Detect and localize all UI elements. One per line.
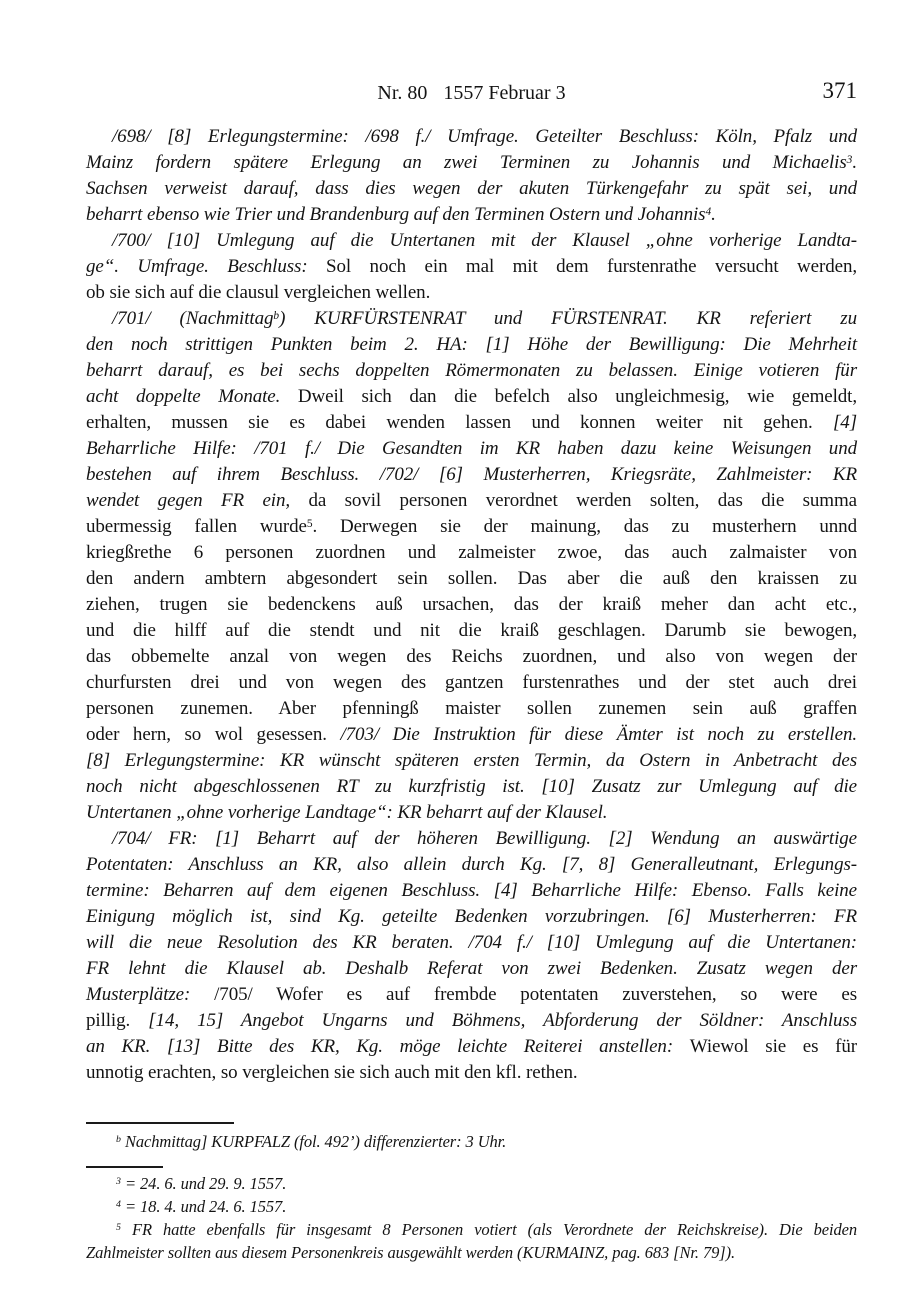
doc-number: Nr. 80 bbox=[377, 82, 427, 104]
main-text-block: /698/ [8] Erlegungstermine: /698 f./ Umf… bbox=[86, 124, 857, 1086]
body-text-line: den noch strittigen Punkten beim 2. HA: … bbox=[86, 332, 857, 358]
page-header: Nr. 801557 Februar 3 371 bbox=[86, 81, 857, 105]
footnote-separator-rule bbox=[86, 1166, 163, 1168]
footnotes-block: 3 = 24. 6. und 29. 9. 1557.4 = 18. 4. un… bbox=[86, 1172, 857, 1264]
text-segment: FR hatte ebenfalls für insgesamt 8 Perso… bbox=[121, 1220, 857, 1239]
text-segment: unnotig erachten, so vergleichen sie sic… bbox=[86, 1062, 578, 1083]
text-segment: /701/ (Nachmittag bbox=[112, 308, 273, 329]
apparatus-text-line: b Nachmittag] KURPFALZ (fol. 492’) diffe… bbox=[86, 1130, 857, 1153]
body-text-line: pillig. [14, 15] Angebot Ungarns und Böh… bbox=[86, 1008, 857, 1034]
page-number: 371 bbox=[823, 78, 858, 104]
text-segment: personen zunemen. Aber pfenningß maister… bbox=[86, 698, 857, 719]
text-segment: [4] bbox=[833, 412, 857, 433]
text-segment: und die hilff auf die stendt und nit die… bbox=[86, 620, 857, 641]
text-segment: = 24. 6. und 29. 9. 1557. bbox=[121, 1174, 286, 1193]
text-segment: ziehen, trugen sie bedenckens auß ursach… bbox=[86, 594, 857, 615]
footnote-text-line: 5 FR hatte ebenfalls für insgesamt 8 Per… bbox=[86, 1218, 857, 1241]
body-text-line: bestehen auf ihrem Beschluss. /702/ [6] … bbox=[86, 462, 857, 488]
footnote-marker: 3 bbox=[116, 1176, 121, 1187]
book-page: Nr. 801557 Februar 3 371 /698/ [8] Erleg… bbox=[0, 0, 900, 1300]
body-text-line: das obbemelte anzal von wegen des Reichs… bbox=[86, 644, 857, 670]
body-text-line: beharrt darauf, es bei sechs doppelten R… bbox=[86, 358, 857, 384]
body-text-line: noch nicht abgeschlossenen RT zu kurzfri… bbox=[86, 774, 857, 800]
body-text-line: acht doppelte Monate. Dweil sich dan die… bbox=[86, 384, 857, 410]
body-text-line: /700/ [10] Umlegung auf die Untertanen m… bbox=[86, 228, 857, 254]
text-segment: Mainz fordern spätere Erlegung an zwei T… bbox=[86, 152, 847, 173]
text-segment: bestehen auf ihrem Beschluss. /702/ [6] … bbox=[86, 464, 857, 485]
text-segment: den noch strittigen Punkten beim 2. HA: … bbox=[86, 334, 857, 355]
body-text-line: oder hern, so wol gesessen. /703/ Die In… bbox=[86, 722, 857, 748]
body-text-line: wendet gegen FR ein, da sovil personen v… bbox=[86, 488, 857, 514]
body-text-line: Beharrliche Hilfe: /701 f./ Die Gesandte… bbox=[86, 436, 857, 462]
text-segment: churfursten drei und von wegen des gantz… bbox=[86, 672, 857, 693]
text-segment: ubermessig fallen wurde bbox=[86, 516, 307, 537]
text-segment: /700/ [10] Umlegung auf die Untertanen m… bbox=[112, 230, 857, 251]
text-segment: da sovil personen verordnet werden solte… bbox=[308, 490, 857, 511]
body-text-line: den andern ambtern abgesondert sein soll… bbox=[86, 566, 857, 592]
text-segment: [8] Erlegungstermine: KR wünscht spätere… bbox=[86, 750, 857, 771]
body-text-line: ubermessig fallen wurde5. Derwegen sie d… bbox=[86, 514, 857, 540]
body-text-line: ziehen, trugen sie bedenckens auß ursach… bbox=[86, 592, 857, 618]
text-segment: [14, 15] Angebot Ungarns und Böhmens, Ab… bbox=[148, 1010, 857, 1031]
text-segment: FR lehnt die Klausel ab. Deshalb Referat… bbox=[86, 958, 857, 979]
body-text-line: ge“. Umfrage. Beschluss: Sol noch ein ma… bbox=[86, 254, 857, 280]
text-segment: pillig. bbox=[86, 1010, 148, 1031]
body-text-line: kriegßrethe 6 personen zuordnen und zalm… bbox=[86, 540, 857, 566]
footnote-marker: 4 bbox=[116, 1199, 121, 1210]
running-title: Nr. 801557 Februar 3 bbox=[86, 81, 857, 105]
text-segment: an KR. [13] Bitte des KR, Kg. möge leich… bbox=[86, 1036, 690, 1057]
text-segment: . bbox=[852, 152, 857, 173]
doc-date: 1557 Februar 3 bbox=[443, 82, 565, 104]
body-text-line: Potentaten: Anschluss an KR, also allein… bbox=[86, 852, 857, 878]
body-text-line: erhalten, mussen sie es dabei wenden las… bbox=[86, 410, 857, 436]
text-segment: acht doppelte Monate. bbox=[86, 386, 298, 407]
text-segment: Nachmittag] KURPFALZ (fol. 492’) differe… bbox=[121, 1132, 506, 1151]
text-segment: beharrt ebenso wie Trier und Brandenburg… bbox=[86, 204, 705, 225]
text-segment: will die neue Resolution des KR beraten.… bbox=[86, 932, 857, 953]
body-text-line: Einigung möglich ist, sind Kg. geteilte … bbox=[86, 904, 857, 930]
body-text-line: /701/ (Nachmittagb) KURFÜRSTENRAT und FÜ… bbox=[86, 306, 857, 332]
footnote-marker: 3 bbox=[847, 154, 853, 166]
body-text-line: Untertanen „ohne vorherige Landtage“: KR… bbox=[86, 800, 857, 826]
text-segment: . bbox=[711, 204, 716, 225]
text-segment: beharrt darauf, es bei sechs doppelten R… bbox=[86, 360, 857, 381]
text-segment: erhalten, mussen sie es dabei wenden las… bbox=[86, 412, 833, 433]
footnote-marker: 5 bbox=[307, 518, 313, 530]
text-segment: /705/ Wofer es auf frembde potentaten zu… bbox=[214, 984, 857, 1005]
footnote-text-line: 4 = 18. 4. und 24. 6. 1557. bbox=[86, 1195, 857, 1218]
text-segment: Sol noch ein mal mit dem furstenrathe ve… bbox=[326, 256, 857, 277]
text-segment: ge“. Umfrage. Beschluss: bbox=[86, 256, 326, 277]
text-segment: ) KURFÜRSTENRAT und FÜRSTENRAT. KR refer… bbox=[279, 308, 857, 329]
body-text-line: unnotig erachten, so vergleichen sie sic… bbox=[86, 1060, 857, 1086]
text-segment: Einigung möglich ist, sind Kg. geteilte … bbox=[86, 906, 857, 927]
body-text-line: Sachsen verweist darauf, dass dies wegen… bbox=[86, 176, 857, 202]
body-text-line: Musterplätze: /705/ Wofer es auf frembde… bbox=[86, 982, 857, 1008]
body-text-line: Mainz fordern spätere Erlegung an zwei T… bbox=[86, 150, 857, 176]
text-segment: Sachsen verweist darauf, dass dies wegen… bbox=[86, 178, 857, 199]
text-segment: Musterplätze: bbox=[86, 984, 214, 1005]
apparatus-separator-rule bbox=[86, 1122, 234, 1124]
footnote-text-line: 3 = 24. 6. und 29. 9. 1557. bbox=[86, 1172, 857, 1195]
body-text-line: und die hilff auf die stendt und nit die… bbox=[86, 618, 857, 644]
body-text-line: ob sie sich auf die clausul vergleichen … bbox=[86, 280, 857, 306]
text-segment: = 18. 4. und 24. 6. 1557. bbox=[121, 1197, 286, 1216]
text-segment: das obbemelte anzal von wegen des Reichs… bbox=[86, 646, 857, 667]
text-segment: Dweil sich dan die befelch also ungleich… bbox=[298, 386, 857, 407]
body-text-line: FR lehnt die Klausel ab. Deshalb Referat… bbox=[86, 956, 857, 982]
body-text-line: personen zunemen. Aber pfenningß maister… bbox=[86, 696, 857, 722]
text-segment: /698/ [8] Erlegungstermine: /698 f./ Umf… bbox=[112, 126, 857, 147]
text-segment: Wiewol sie es für bbox=[690, 1036, 857, 1057]
body-text-line: an KR. [13] Bitte des KR, Kg. möge leich… bbox=[86, 1034, 857, 1060]
text-segment: /703/ Die Instruktion für diese Ämter is… bbox=[340, 724, 857, 745]
text-segment: den andern ambtern abgesondert sein soll… bbox=[86, 568, 857, 589]
body-text-line: termine: Beharren auf dem eigenen Beschl… bbox=[86, 878, 857, 904]
text-segment: Zahlmeister sollten aus diesem Personenk… bbox=[86, 1243, 735, 1262]
text-segment: oder hern, so wol gesessen. bbox=[86, 724, 340, 745]
body-text-line: will die neue Resolution des KR beraten.… bbox=[86, 930, 857, 956]
body-text-line: [8] Erlegungstermine: KR wünscht spätere… bbox=[86, 748, 857, 774]
footnote-marker: 4 bbox=[705, 206, 711, 218]
body-text-line: beharrt ebenso wie Trier und Brandenburg… bbox=[86, 202, 857, 228]
footnote-marker: b bbox=[273, 310, 279, 322]
footnote-marker: 5 bbox=[116, 1222, 121, 1233]
text-segment: noch nicht abgeschlossenen RT zu kurzfri… bbox=[86, 776, 857, 797]
text-segment: wendet gegen FR ein, bbox=[86, 490, 308, 511]
body-text-line: /704/ FR: [1] Beharrt auf der höheren Be… bbox=[86, 826, 857, 852]
body-text-line: /698/ [8] Erlegungstermine: /698 f./ Umf… bbox=[86, 124, 857, 150]
footnote-marker: b bbox=[116, 1134, 121, 1145]
footnote-text-line: Zahlmeister sollten aus diesem Personenk… bbox=[86, 1241, 857, 1264]
text-segment: /704/ FR: [1] Beharrt auf der höheren Be… bbox=[112, 828, 857, 849]
text-segment: Potentaten: Anschluss an KR, also allein… bbox=[86, 854, 857, 875]
text-segment: ob sie sich auf die clausul vergleichen … bbox=[86, 282, 430, 303]
body-text-line: churfursten drei und von wegen des gantz… bbox=[86, 670, 857, 696]
text-segment: termine: Beharren auf dem eigenen Beschl… bbox=[86, 880, 857, 901]
text-segment: kriegßrethe 6 personen zuordnen und zalm… bbox=[86, 542, 857, 563]
text-segment: Beharrliche Hilfe: /701 f./ Die Gesandte… bbox=[86, 438, 857, 459]
text-segment: Untertanen „ohne vorherige Landtage“: KR… bbox=[86, 802, 607, 823]
apparatus-note-block: b Nachmittag] KURPFALZ (fol. 492’) diffe… bbox=[86, 1130, 857, 1153]
text-segment: . Derwegen sie der mainung, das zu muste… bbox=[313, 516, 857, 537]
